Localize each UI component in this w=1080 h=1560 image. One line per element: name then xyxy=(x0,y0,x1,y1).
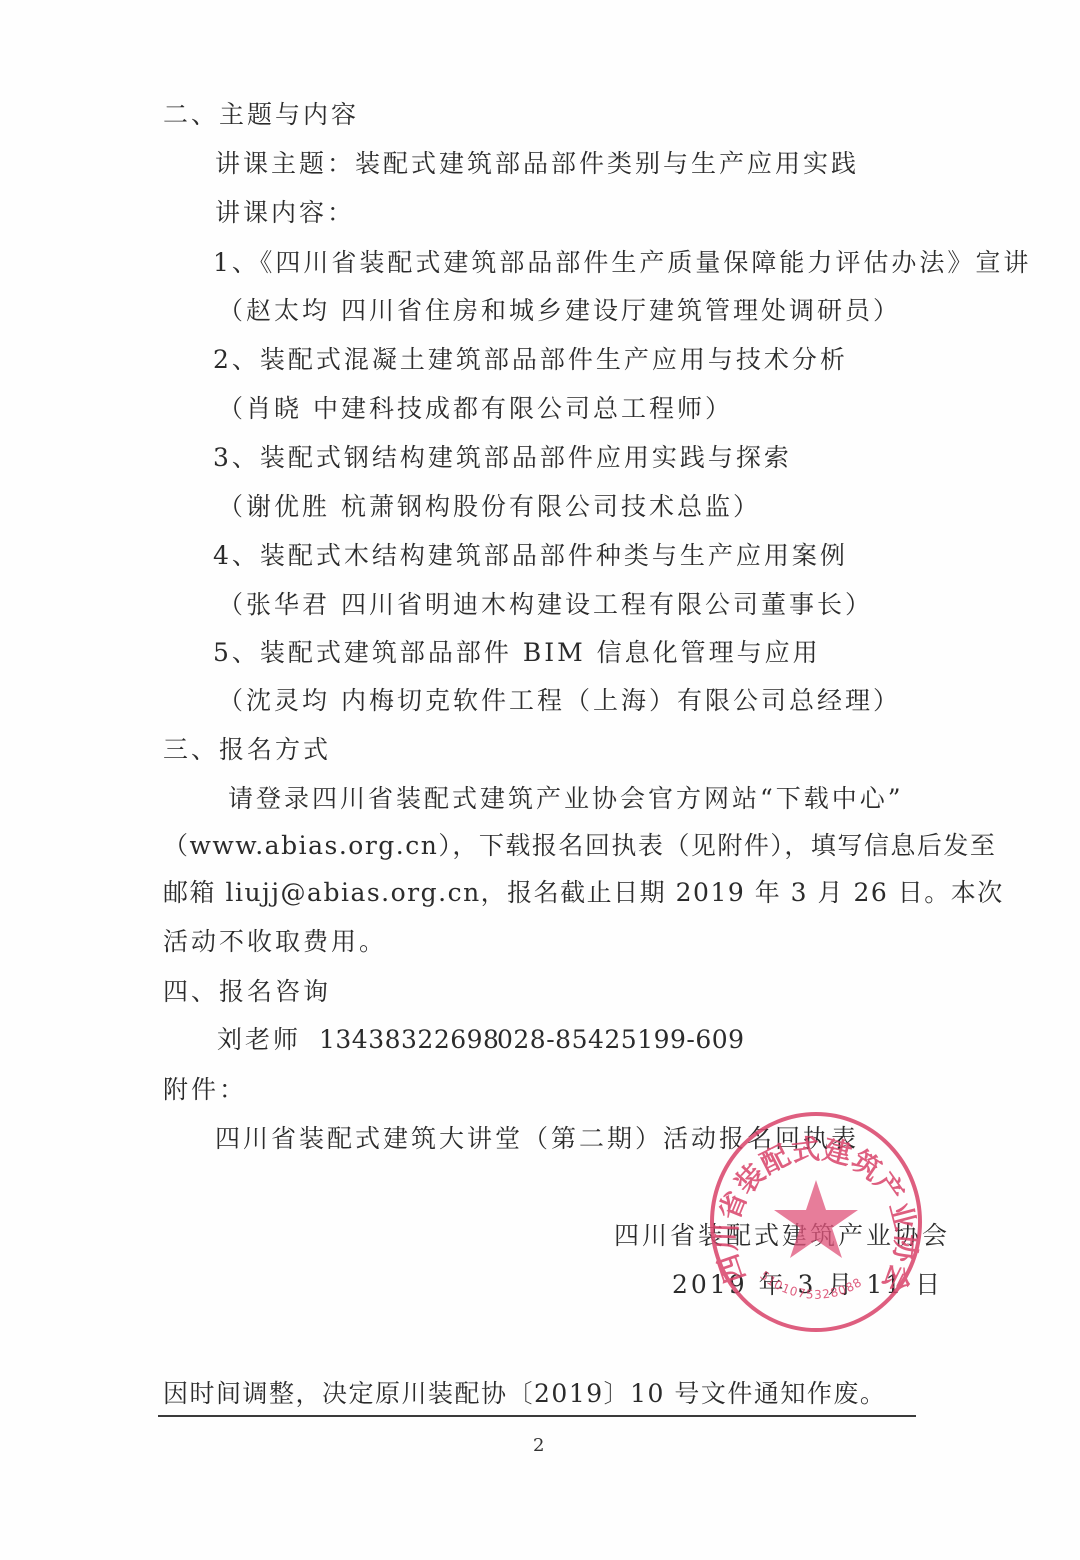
lecture-item-title: 3、装配式钢结构建筑部品部件应用实践与探索 xyxy=(213,441,792,475)
signature-date: 2019 年 3 月 11 日 xyxy=(672,1268,943,1302)
lecture-item-speaker: （谢优胜 杭萧钢构股份有限公司技术总监） xyxy=(218,490,761,524)
lecture-item-speaker: （沈灵均 内梅切克软件工程（上海）有限公司总经理） xyxy=(218,684,901,718)
footnote: 因时间调整，决定原川装配协〔2019〕10 号文件通知作废。 xyxy=(163,1377,886,1411)
attachment-name: 四川省装配式建筑大讲堂（第二期）活动报名回执表 xyxy=(215,1122,859,1156)
lecture-item-title: 1、《四川省装配式建筑部品部件生产质量保障能力评估办法》宣讲 xyxy=(213,246,1031,280)
attachment-label: 附件： xyxy=(163,1073,247,1107)
contact-phone: 028-85425199-609 xyxy=(497,1023,745,1057)
lecture-item-title: 2、装配式混凝土建筑部品部件生产应用与技术分析 xyxy=(213,343,848,377)
lecture-content-label: 讲课内容： xyxy=(215,196,355,230)
registration-text: （www.abias.org.cn），下载报名回执表（见附件），填写信息后发至 xyxy=(163,829,996,863)
contact-name: 刘老师 xyxy=(217,1023,301,1057)
lecture-item-speaker: （张华君 四川省明迪木构建设工程有限公司董事长） xyxy=(218,588,873,622)
contact-mobile: 13438322698 xyxy=(319,1023,499,1057)
signature-organization: 四川省装配式建筑产业协会 xyxy=(614,1219,950,1253)
page-number: 2 xyxy=(533,1434,544,1458)
document-page: 二、主题与内容 讲课主题：装配式建筑部品部件类别与生产应用实践 讲课内容： 1、… xyxy=(0,0,1080,1560)
section-heading-topic: 二、主题与内容 xyxy=(163,98,359,132)
lecture-item-title: 4、装配式木结构建筑部品部件种类与生产应用案例 xyxy=(213,539,848,573)
section-heading-registration: 三、报名方式 xyxy=(163,733,331,767)
registration-text: 活动不收取费用。 xyxy=(163,925,387,959)
section-heading-inquiry: 四、报名咨询 xyxy=(163,975,331,1009)
lecture-item-speaker: （肖晓 中建科技成都有限公司总工程师） xyxy=(218,392,733,426)
registration-text: 请登录四川省装配式建筑产业协会官方网站“下载中心” xyxy=(228,782,904,816)
registration-text: 邮箱 liujj@abias.org.cn，报名截止日期 2019 年 3 月 … xyxy=(163,876,1004,910)
lecture-item-title: 5、装配式建筑部品部件 BIM 信息化管理与应用 xyxy=(213,636,821,670)
footer-divider xyxy=(158,1415,916,1417)
lecture-item-speaker: （赵太均 四川省住房和城乡建设厅建筑管理处调研员） xyxy=(218,294,901,328)
lecture-topic: 讲课主题：装配式建筑部品部件类别与生产应用实践 xyxy=(215,147,859,181)
